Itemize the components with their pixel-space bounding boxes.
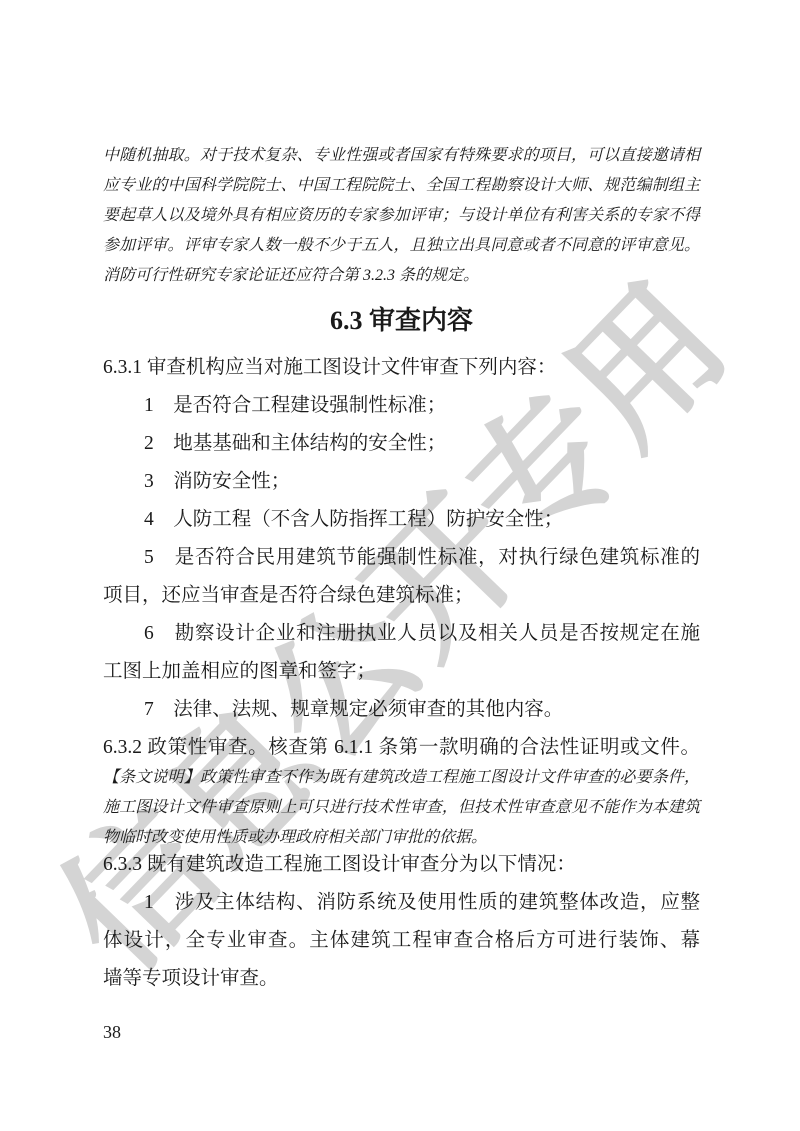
clause-631-items: 1 是否符合工程建设强制性标准； 2 地基基础和主体结构的安全性； 3 消防安全… <box>103 387 700 729</box>
page-number: 38 <box>103 1020 700 1044</box>
text-line: 施工图设计文件审查原则上可只进行技术性审查，但技术性审查意见不能作为本建筑 <box>103 793 700 823</box>
text-line: 【条文说明】政策性审查不作为既有建筑改造工程施工图设计文件审查的必要条件， <box>103 763 700 793</box>
list-item-line: 体设计，全专业审查。主体建筑工程审查合格后方可进行装饰、幕 <box>103 922 700 960</box>
clause-label-line: 6.3.2 政策性审查。核查第 6.1.1 条第一款明确的合法性证明或文件。 <box>103 729 700 767</box>
intro-commentary-paragraph: 中随机抽取。对于技术复杂、专业性强或者国家有特殊要求的项目，可以直接邀请相 应专… <box>103 141 700 291</box>
clause-632: 6.3.2 政策性审查。核查第 6.1.1 条第一款明确的合法性证明或文件。 <box>103 729 700 767</box>
list-item-line: 工图上加盖相应的图章和签字； <box>103 653 700 691</box>
list-item: 4 人防工程（不含人防指挥工程）防护安全性； <box>103 501 700 539</box>
clause-label-line: 6.3.3 既有建筑改造工程施工图设计审查分为以下情况： <box>103 846 700 884</box>
clause-632-commentary-note: 【条文说明】政策性审查不作为既有建筑改造工程施工图设计文件审查的必要条件， 施工… <box>103 763 700 853</box>
clause-label-line: 6.3.1 审查机构应当对施工图设计文件审查下列内容： <box>103 349 700 387</box>
text-line: 应专业的中国科学院院士、中国工程院院士、全国工程勘察设计大师、规范编制组主 <box>103 171 700 201</box>
list-item: 7 法律、法规、规章规定必须审查的其他内容。 <box>103 691 700 729</box>
clause-633: 6.3.3 既有建筑改造工程施工图设计审查分为以下情况： <box>103 846 700 884</box>
list-item-line: 5 是否符合民用建筑节能强制性标准，对执行绿色建筑标准的 <box>103 539 700 577</box>
page-content: 中随机抽取。对于技术复杂、专业性强或者国家有特殊要求的项目，可以直接邀请相 应专… <box>103 0 700 1044</box>
list-item-line: 1 涉及主体结构、消防系统及使用性质的建筑整体改造，应整 <box>103 884 700 922</box>
list-item-line: 墙等专项设计审查。 <box>103 960 700 998</box>
text-line: 参加评审。评审专家人数一般不少于五人，且独立出具同意或者不同意的评审意见。 <box>103 231 700 261</box>
list-item: 2 地基基础和主体结构的安全性； <box>103 425 700 463</box>
section-heading: 6.3 审查内容 <box>103 301 700 341</box>
text-line: 要起草人以及境外具有相应资历的专家参加评审；与设计单位有利害关系的专家不得 <box>103 201 700 231</box>
text-line: 消防可行性研究专家论证还应符合第 3.2.3 条的规定。 <box>103 261 700 291</box>
clause-633-item-1: 1 涉及主体结构、消防系统及使用性质的建筑整体改造，应整 体设计，全专业审查。主… <box>103 884 700 998</box>
list-item: 1 是否符合工程建设强制性标准； <box>103 387 700 425</box>
text-line: 中随机抽取。对于技术复杂、专业性强或者国家有特殊要求的项目，可以直接邀请相 <box>103 141 700 171</box>
list-item-line: 6 勘察设计企业和注册执业人员以及相关人员是否按规定在施 <box>103 615 700 653</box>
list-item-line: 项目，还应当审查是否符合绿色建筑标准； <box>103 577 700 615</box>
list-item: 3 消防安全性； <box>103 463 700 501</box>
clause-631: 6.3.1 审查机构应当对施工图设计文件审查下列内容： <box>103 349 700 387</box>
document-page: 信息公开专用 中随机抽取。对于技术复杂、专业性强或者国家有特殊要求的项目，可以直… <box>0 0 800 1131</box>
